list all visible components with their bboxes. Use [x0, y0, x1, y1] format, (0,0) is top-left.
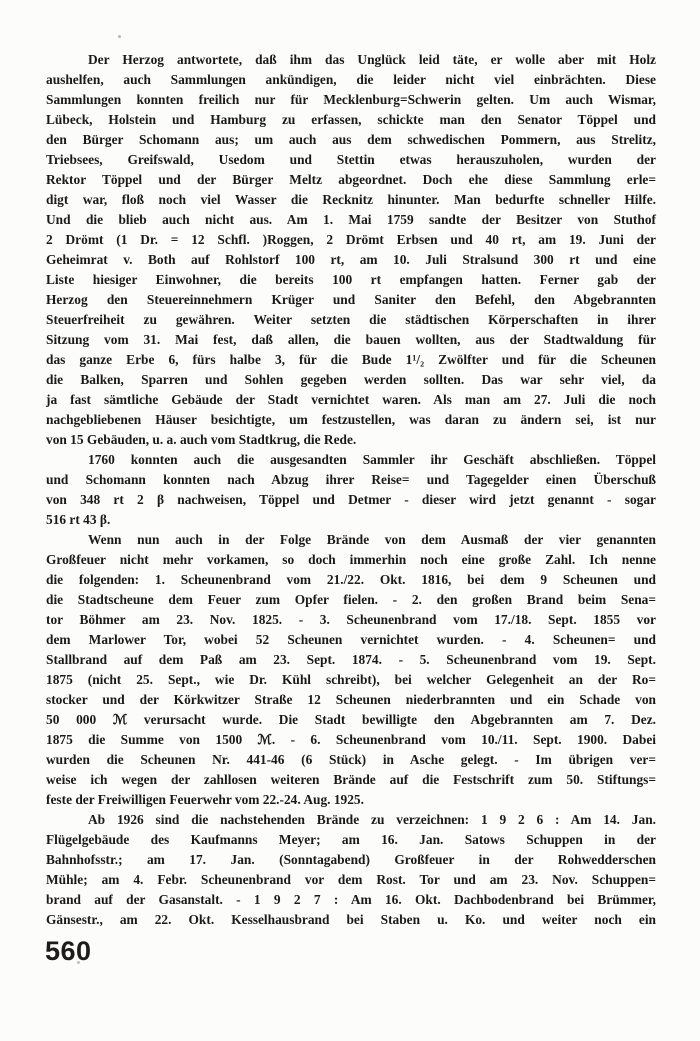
- text-line: und Schomann konnten nach Abzug ihrer Re…: [46, 470, 656, 490]
- text-line: Geheimrat v. Both auf Rohlstorf 100 rt, …: [46, 250, 656, 270]
- text-line: ja fast sämtliche Gebäude der Stadt vern…: [46, 390, 656, 410]
- text-line: 1760 konnten auch die ausgesandten Samml…: [46, 450, 656, 470]
- text-line: Stallbrand auf dem Paß am 23. Sept. 1874…: [46, 650, 656, 670]
- text-line: weise ich wegen der zahllosen weiteren B…: [46, 770, 656, 790]
- text-line: den Bürger Schomann aus; um auch aus dem…: [46, 130, 656, 150]
- text-line: die Stadtscheune dem Feuer zum Opfer fie…: [46, 590, 656, 610]
- text-line: Großfeuer nicht mehr vorkamen, so doch i…: [46, 550, 656, 570]
- text-line: tor Böhmer am 23. Nov. 1825. - 3. Scheun…: [46, 610, 656, 630]
- text-line: Sitzung vom 31. Mai fest, daß allen, die…: [46, 330, 656, 350]
- text-line: Flügelgebäude des Kaufmanns Meyer; am 16…: [46, 830, 656, 850]
- text-line: von 348 rt 2 β nachweisen, Töppel und De…: [46, 490, 656, 510]
- text-line: das ganze Erbe 6, fürs halbe 3, für die …: [46, 350, 656, 370]
- text-line: 2 Drömt (1 Dr. = 12 Schfl. )Roggen, 2 Dr…: [46, 230, 656, 250]
- text-line: Herzog den Steuereinnehmern Krüger und S…: [46, 290, 656, 310]
- text-line: aushelfen, auch Sammlungen ankündigen, d…: [46, 70, 656, 90]
- text-line: Triebsees, Greifswald, Usedom und Stetti…: [46, 150, 656, 170]
- text-line: Liste hiesiger Einwohner, die bereits 10…: [46, 270, 656, 290]
- text-line: Und die blieb auch nicht aus. Am 1. Mai …: [46, 210, 656, 230]
- text-line: feste der Freiwilligen Feuerwehr vom 22.…: [46, 790, 656, 810]
- text-line: wurden die Scheunen Nr. 441-46 (6 Stück)…: [46, 750, 656, 770]
- text-block: Der Herzog antwortete, daß ihm das Unglü…: [46, 50, 656, 930]
- book-page: Der Herzog antwortete, daß ihm das Unglü…: [0, 0, 700, 1041]
- text-line: Mühle; am 4. Febr. Scheunenbrand vor dem…: [46, 870, 656, 890]
- text-line: die Balken, Sparren und Sohlen gegeben w…: [46, 370, 656, 390]
- text-line: Sammlungen konnten freilich nur für Meck…: [46, 90, 656, 110]
- scan-speck: [118, 35, 121, 38]
- text-line: nachgebliebenen Häuser besichtigte, um f…: [46, 410, 656, 430]
- text-line: stocker und der Körkwitzer Straße 12 Sch…: [46, 690, 656, 710]
- text-line: die folgenden: 1. Scheunenbrand vom 21./…: [46, 570, 656, 590]
- text-line: Bahnhofsstr.; am 17. Jan. (Sonntagabend)…: [46, 850, 656, 870]
- text-line: Ab 1926 sind die nachstehenden Brände zu…: [46, 810, 656, 830]
- text-line: 1875 (nicht 25. Sept., wie Dr. Kühl schr…: [46, 670, 656, 690]
- text-line: brand auf der Gasanstalt. - 1 9 2 7 : Am…: [46, 890, 656, 910]
- scan-speck: [77, 961, 80, 964]
- text-line: von 15 Gebäuden, u. a. auch vom Stadtkru…: [46, 430, 656, 450]
- text-line: digt war, floß noch viel Wasser die Reck…: [46, 190, 656, 210]
- text-line: Lübeck, Holstein und Hamburg zu erfassen…: [46, 110, 656, 130]
- text-line: Steuerfreiheit zu gewähren. Weiter setzt…: [46, 310, 656, 330]
- text-line: 516 rt 43 β.: [46, 510, 656, 530]
- text-line: dem Marlower Tor, wobei 52 Scheunen vern…: [46, 630, 656, 650]
- text-line: 50 000 ℳ verursacht wurde. Die Stadt bew…: [46, 710, 656, 730]
- text-line: 1875 die Summe von 1500 ℳ. - 6. Scheunen…: [46, 730, 656, 750]
- page-number: 560: [45, 936, 92, 967]
- text-line: Gänsestr., am 22. Okt. Kesselhausbrand b…: [46, 910, 656, 930]
- text-line: Wenn nun auch in der Folge Brände von de…: [46, 530, 656, 550]
- text-line: Der Herzog antwortete, daß ihm das Unglü…: [46, 50, 656, 70]
- text-line: Rektor Töppel und der Bürger Meltz abgeo…: [46, 170, 656, 190]
